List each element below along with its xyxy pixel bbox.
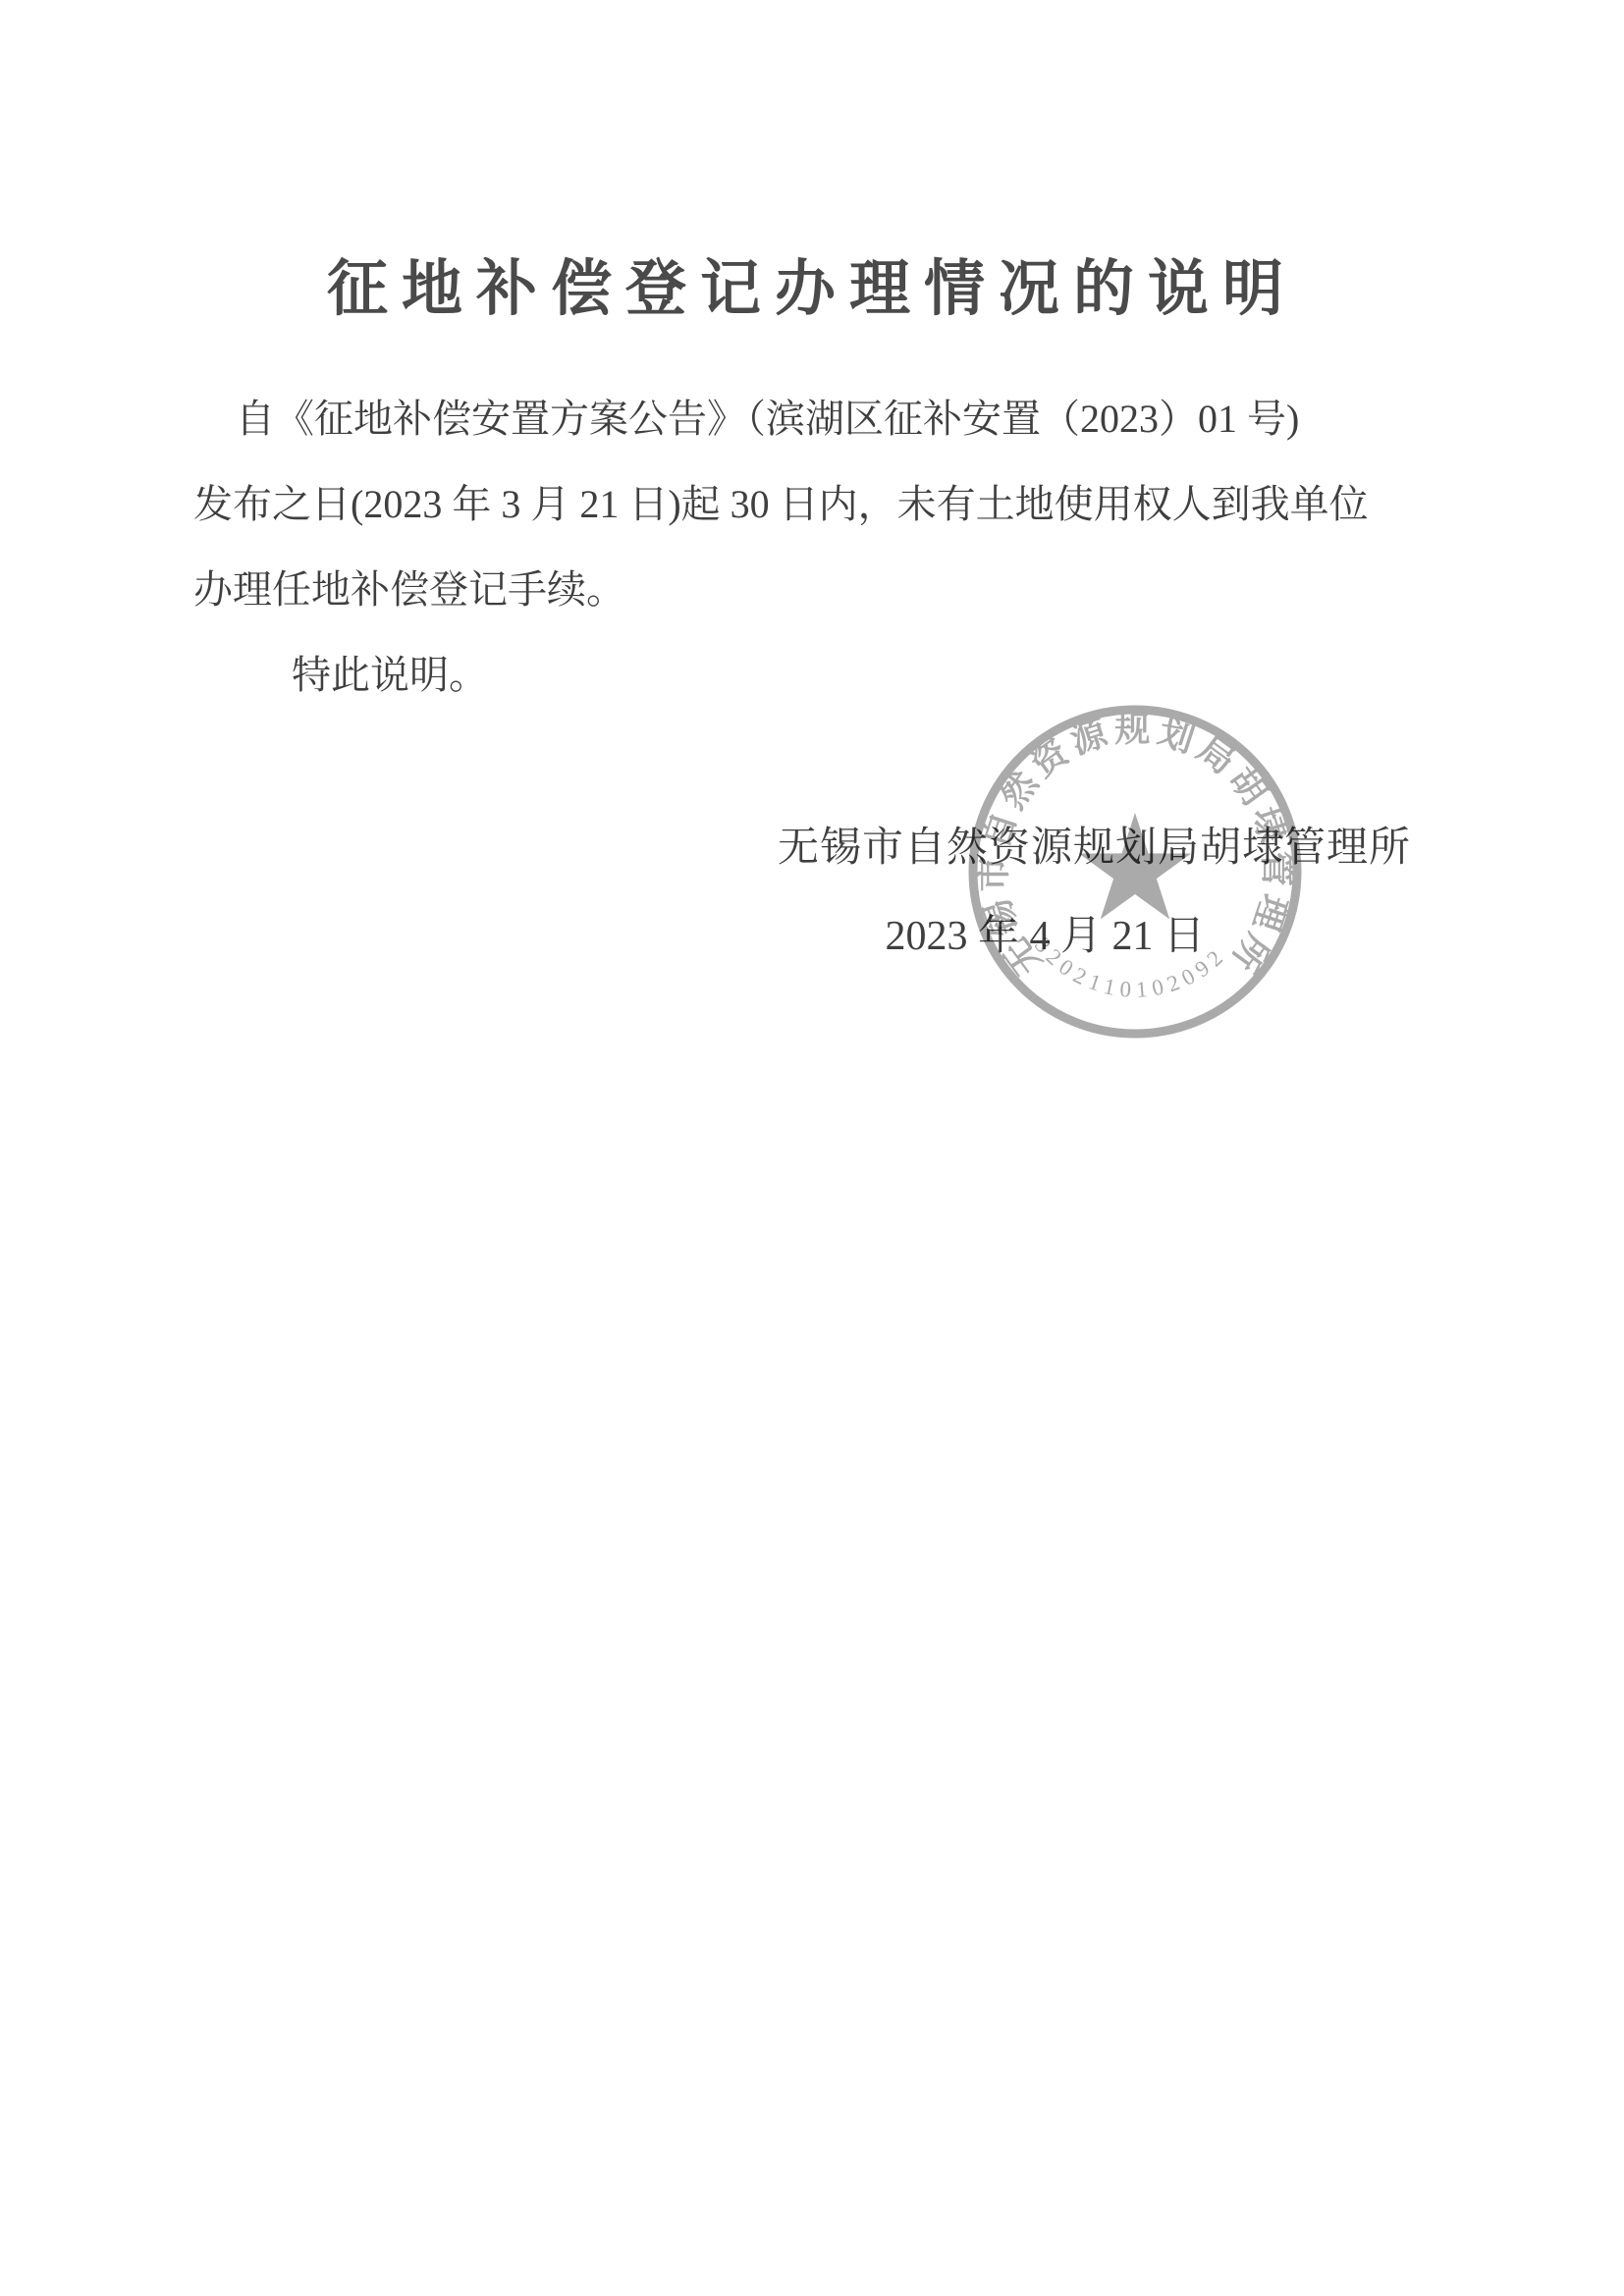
body-line-2: 发布之日(2023 年 3 月 21 日)起 30 日内，未有土地使用权人到我单… — [193, 461, 1388, 547]
body-line-1: 自《征地补偿安置方案公告》（滨湖区征补安置（2023）01 号) — [193, 376, 1388, 461]
document-page: 征地补偿登记办理情况的说明 自《征地补偿安置方案公告》（滨湖区征补安置（2023… — [0, 0, 1624, 2296]
signature-date: 2023 年 4 月 21 日 — [885, 903, 1205, 962]
signature-organization: 无锡市自然资源规划局胡埭管理所 — [778, 815, 1411, 874]
body-line-3: 办理任地补偿登记手续。 — [193, 547, 1388, 632]
document-body: 自《征地补偿安置方案公告》（滨湖区征补安置（2023）01 号) 发布之日(20… — [193, 376, 1388, 718]
body-line-closing: 特此说明。 — [193, 632, 1388, 718]
document-title: 征地补偿登记办理情况的说明 — [0, 240, 1624, 327]
